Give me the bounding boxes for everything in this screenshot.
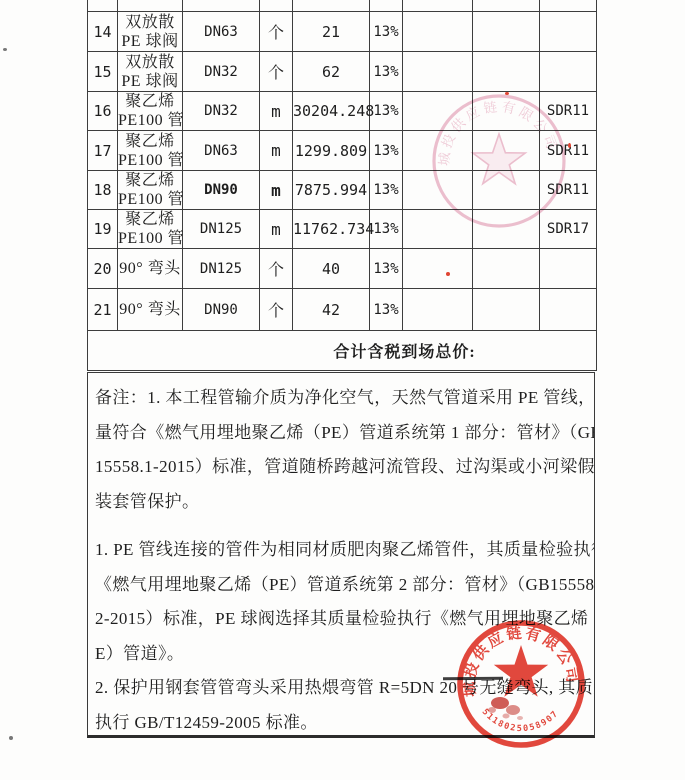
cell-unit: 个	[260, 12, 293, 52]
cell-taxrate: 13%	[370, 249, 403, 289]
cell-remark	[540, 289, 597, 331]
cell-spec: DN125	[183, 249, 260, 289]
table-row: 20 90° 弯头 DN125 个 40 13%	[88, 249, 597, 289]
cell-quantity: 42	[293, 289, 370, 331]
name-line: PE 球阀	[118, 32, 182, 51]
cell-remark	[540, 12, 597, 52]
cell-quantity: 21	[293, 12, 370, 52]
cell-empty	[403, 171, 473, 210]
note-line: 装套管保护。	[95, 485, 588, 520]
cell-quantity: 40	[293, 249, 370, 289]
note-line: 15558.1-2015）标准，管道随桥跨越河流管段、过沟渠或小河梁假	[95, 450, 588, 485]
table-row: 18 聚乙烯PE100 管 DN90 m 7875.994 13% SDR11	[88, 171, 597, 210]
cell-empty	[403, 249, 473, 289]
name-line: 聚乙烯	[118, 92, 182, 111]
note-line: E）管道》。	[95, 637, 588, 672]
cell-unit: 个	[260, 52, 293, 92]
name-line: PE 球阀	[118, 72, 182, 91]
table-row: 14 双放散PE 球阀 DN63 个 21 13%	[88, 12, 597, 52]
cell-index: 16	[88, 92, 118, 131]
red-speck	[505, 92, 509, 95]
cell-quantity: 1299.809	[293, 131, 370, 171]
cell-taxrate: 13%	[370, 92, 403, 131]
cell-spec: DN32	[183, 52, 260, 92]
cell-spec: DN63	[183, 131, 260, 171]
cell-empty	[403, 289, 473, 331]
table-row: 19 聚乙烯PE100 管 DN125 m 11762.734 13% SDR1…	[88, 210, 597, 249]
scan-speck	[3, 48, 7, 51]
scanned-document-page: 14 双放散PE 球阀 DN63 个 21 13% 15 双放散PE 球阀 DN…	[0, 0, 685, 780]
cell-empty	[473, 171, 540, 210]
cell-index: 14	[88, 12, 118, 52]
name-line: 90° 弯头	[118, 259, 182, 278]
cell-index: 17	[88, 131, 118, 171]
cell-remark: SDR11	[540, 171, 597, 210]
cell-unit: m	[260, 92, 293, 131]
cell-empty	[473, 12, 540, 52]
cell-empty	[473, 289, 540, 331]
cell-quantity: 7875.994	[293, 171, 370, 210]
cell-index: 18	[88, 171, 118, 210]
cell-name: 双放散PE 球阀	[118, 12, 183, 52]
cell-spec: DN90	[183, 171, 260, 210]
cell-unit: 个	[260, 289, 293, 331]
note-line: 2-2015）标准，PE 球阀选择其质量检验执行《燃气用埋地聚乙烯（P	[95, 602, 588, 637]
table-row: 17 聚乙烯PE100 管 DN63 m 1299.809 13% SDR11	[88, 131, 597, 171]
cell-taxrate: 13%	[370, 52, 403, 92]
name-line: PE100 管	[118, 190, 182, 209]
note-line: 量符合《燃气用埋地聚乙烯（PE）管道系统第 1 部分：管材》（GB	[95, 416, 588, 451]
total-price-label: 合计含税到场总价:	[88, 339, 596, 362]
name-line: PE100 管	[118, 111, 182, 130]
cell-taxrate: 13%	[370, 12, 403, 52]
cell-remark: SDR11	[540, 131, 597, 171]
cell-name: 90° 弯头	[118, 249, 183, 289]
table-row: 21 90° 弯头 DN90 个 42 13%	[88, 289, 597, 331]
partial-row-top	[88, 0, 597, 12]
cell-empty	[403, 210, 473, 249]
cell-unit: m	[260, 171, 293, 210]
cell-empty	[473, 210, 540, 249]
red-speck	[568, 143, 571, 148]
red-speck	[446, 272, 450, 276]
strikethrough-mark	[443, 677, 503, 680]
cell-name: 聚乙烯PE100 管	[118, 131, 183, 171]
cell-quantity: 62	[293, 52, 370, 92]
name-line: 聚乙烯	[118, 132, 182, 151]
cell-index: 19	[88, 210, 118, 249]
cell-empty	[403, 92, 473, 131]
cell-empty	[473, 92, 540, 131]
cell-name: 双放散PE 球阀	[118, 52, 183, 92]
cell-index: 20	[88, 249, 118, 289]
cell-quantity: 11762.734	[293, 210, 370, 249]
cell-unit: 个	[260, 249, 293, 289]
cell-index: 21	[88, 289, 118, 331]
name-line: PE100 管	[118, 151, 182, 170]
name-line: 双放散	[118, 13, 182, 32]
cell-taxrate: 13%	[370, 131, 403, 171]
cell-taxrate: 13%	[370, 210, 403, 249]
cell-remark	[540, 249, 597, 289]
name-line: 90° 弯头	[118, 300, 182, 319]
cell-empty	[473, 249, 540, 289]
material-table: 14 双放散PE 球阀 DN63 个 21 13% 15 双放散PE 球阀 DN…	[87, 0, 597, 371]
cell-spec: DN63	[183, 12, 260, 52]
cell-spec: DN32	[183, 92, 260, 131]
note-line: 备注：1. 本工程管输介质为净化空气，天然气管道采用 PE 管线，质	[95, 381, 588, 416]
cell-empty	[473, 131, 540, 171]
total-row: 合计含税到场总价:	[88, 331, 597, 371]
cell-taxrate: 13%	[370, 171, 403, 210]
note-line: 1. PE 管线连接的管件为相同材质肥肉聚乙烯管件，其质量检验执行	[95, 533, 588, 568]
name-line: 双放散	[118, 53, 182, 72]
note-line: 2. 保护用钢套管管弯头采用热煨弯管 R=5DN 20 号无缝弯头, 其质量	[95, 671, 588, 706]
cell-unit: m	[260, 210, 293, 249]
cell-remark: SDR17	[540, 210, 597, 249]
note-line: 执行 GB/T12459-2005 标准。	[95, 706, 588, 739]
cell-remark: SDR11	[540, 92, 597, 131]
remarks-box: 备注：1. 本工程管输介质为净化空气，天然气管道采用 PE 管线，质 量符合《燃…	[87, 372, 595, 738]
note-line: 《燃气用埋地聚乙烯（PE）管道系统第 2 部分：管材》（GB15558.	[95, 568, 588, 603]
cell-empty	[403, 52, 473, 92]
cell-empty	[403, 12, 473, 52]
cell-index: 15	[88, 52, 118, 92]
cell-name: 90° 弯头	[118, 289, 183, 331]
table-row: 15 双放散PE 球阀 DN32 个 62 13%	[88, 52, 597, 92]
cell-name: 聚乙烯PE100 管	[118, 171, 183, 210]
name-line: 聚乙烯	[118, 171, 182, 190]
cell-remark	[540, 52, 597, 92]
cell-spec: DN90	[183, 289, 260, 331]
name-line: 聚乙烯	[118, 210, 182, 229]
cell-empty	[403, 131, 473, 171]
cell-taxrate: 13%	[370, 289, 403, 331]
name-line: PE100 管	[118, 229, 182, 248]
cell-unit: m	[260, 131, 293, 171]
cell-quantity: 30204.248	[293, 92, 370, 131]
cell-name: 聚乙烯PE100 管	[118, 92, 183, 131]
cell-spec: DN125	[183, 210, 260, 249]
cell-empty	[473, 52, 540, 92]
table-row: 16 聚乙烯PE100 管 DN32 m 30204.248 13% SDR11	[88, 92, 597, 131]
cell-name: 聚乙烯PE100 管	[118, 210, 183, 249]
scan-speck	[9, 736, 13, 740]
